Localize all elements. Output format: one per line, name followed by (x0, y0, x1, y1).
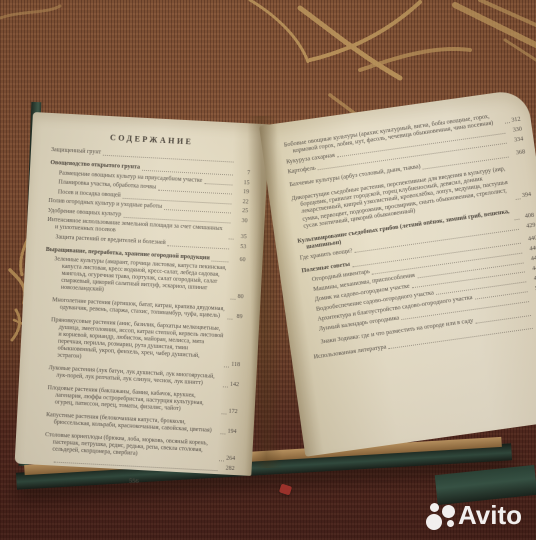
dot-leader (228, 318, 233, 319)
toc-entry: Плодовые растения (баклажаны, бамия, каб… (38, 385, 239, 416)
entry-page-number: 142 (230, 382, 239, 389)
entry-page-number: 453 (527, 274, 536, 283)
entry-page-number: 394 (521, 191, 531, 200)
entry-page-number: 15 (234, 179, 249, 187)
entry-page-number: 408 (521, 212, 535, 221)
dot-leader (515, 198, 520, 200)
avito-logo-icon (424, 497, 458, 533)
entry-page-number: 25 (233, 208, 248, 216)
dot-leader (220, 433, 225, 434)
entry-page-number: 35 (235, 234, 247, 242)
dot-leader (103, 155, 234, 163)
entry-page-number: 172 (228, 409, 237, 416)
dot-leader (223, 386, 228, 387)
right-page: Бобовые овощные культуры (арахис культур… (259, 88, 536, 456)
entry-page-number: 194 (227, 429, 236, 436)
toc-entry: Пряновкусовые растения (анис, базилик, б… (40, 317, 242, 369)
entry-page-number: 60 (230, 256, 245, 264)
toc-title: СОДЕРЖАНИЕ (52, 131, 252, 148)
entry-text: Картофель (287, 164, 316, 175)
toc-right-entries: Бобовые овощные культуры (арахис культур… (283, 108, 536, 360)
entry-text: Зеленные культуры (амарант, горчица лист… (53, 256, 231, 300)
entry-page-number: 118 (231, 362, 240, 369)
left-page: СОДЕРЖАНИЕ Защищенный грунтОвощеводство … (15, 112, 270, 476)
toc-entry: Зеленные культуры (амарант, горчица лист… (44, 256, 246, 301)
entry-page-number: 330 (507, 125, 523, 134)
toc-left-entries: Защищенный грунтОвощеводство открытого г… (35, 147, 251, 473)
entry-page-number: 312 (511, 115, 521, 124)
entry-page-number: 368 (510, 148, 526, 157)
dot-leader (228, 238, 233, 239)
entry-page-number: 446 (525, 254, 536, 263)
entry-page-number: 440 (523, 244, 536, 253)
dot-leader (476, 315, 532, 324)
entry-page-number: 30 (232, 217, 247, 225)
entry-page-number: 7 (235, 170, 250, 178)
entry-page-number: 448 (526, 264, 536, 273)
entry-page-number: 22 (233, 198, 248, 206)
entry-text: Защищенный грунт (51, 147, 101, 157)
entry-page-number: 440 (522, 235, 536, 244)
dot-leader (230, 299, 235, 300)
dot-leader (204, 183, 232, 185)
photo-scene: СОДЕРЖАНИЕ Защищенный грунтОвощеводство … (0, 0, 536, 540)
bookmark-ribbon (279, 484, 292, 496)
entry-text: Посев и посадка овощей (58, 189, 121, 199)
entry-text: Использованная литература (313, 343, 387, 361)
entry-page-number: 539 (529, 284, 536, 293)
entry-page-number: 334 (508, 135, 524, 144)
entry-page-number: 89 (235, 314, 243, 321)
entry-text: Многолетние растения (артишок, батат, ка… (52, 297, 227, 320)
dot-leader (164, 209, 231, 214)
avito-watermark: Avito (424, 494, 536, 536)
dot-leader (212, 260, 229, 262)
entry-page-number: 551 (530, 294, 536, 303)
entry-text: Пряновкусовые растения (анис, базилик, б… (49, 317, 224, 368)
entry-page-number: 80 (237, 294, 243, 301)
avito-wordmark: Avito (458, 500, 522, 531)
entry-page-number (236, 164, 251, 165)
dot-leader (224, 366, 229, 367)
entry-text: Капустные растения (белокочанная капуста… (46, 412, 219, 435)
dot-leader (54, 461, 218, 471)
entry-page-number: 53 (231, 243, 246, 251)
dot-leader (515, 219, 520, 221)
entry-text: Луковые растения (лук батун, лук душисты… (48, 365, 221, 388)
entry-page-number: 19 (234, 189, 249, 197)
dot-leader (221, 413, 226, 414)
dot-leader (168, 245, 230, 249)
entry-page-number: 282 (219, 465, 234, 473)
entry-text: Плодовые растения (баклажаны, бамия, каб… (47, 385, 221, 415)
dot-leader (219, 460, 224, 461)
entry-page-number: 553 (532, 307, 536, 316)
entry-page-number: 264 (226, 456, 235, 463)
dot-leader (505, 122, 510, 124)
entry-page-number: 429 (520, 221, 536, 230)
